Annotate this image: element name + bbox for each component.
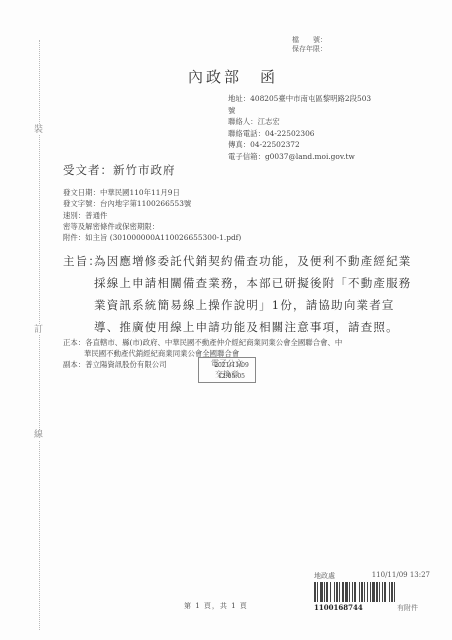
document-title: 內政部 函 bbox=[188, 66, 278, 87]
contact-person: 聯絡人：江志宏 bbox=[228, 116, 371, 128]
retention-label: 保存年限： bbox=[292, 45, 327, 54]
barcode-block: 地政處 110/11/09 13:27 1100168744 有附件 bbox=[314, 571, 430, 613]
recipient-value: 新竹市政府 bbox=[113, 163, 176, 177]
barcode-attachment-note: 有附件 bbox=[397, 603, 418, 613]
page-number: 第 1 頁，共 1 頁 bbox=[184, 601, 248, 611]
binding-char-zhuang: 裝 bbox=[34, 125, 43, 135]
contact-phone: 聯絡電話：04-22502306 bbox=[228, 128, 371, 140]
subject-line: 採線上申請相關備查業務，本部已研擬後附「不動產服務 bbox=[94, 272, 424, 294]
copy-recipients-value: 普立陽資訊股份有限公司 bbox=[85, 360, 166, 369]
barcode-datetime: 110/11/09 13:27 bbox=[372, 571, 430, 581]
subject-body: 為因應增修委託代銷契約備查功能，及便利不動產經紀業 採線上申請相關備查業務，本部… bbox=[94, 250, 424, 338]
delivery-speed: 速別：普通件 bbox=[63, 210, 241, 221]
binding-char-ding: 訂 bbox=[34, 325, 43, 335]
attachment[interactable]: 附件：如主旨 (301000000A110026655300-1.pdf) bbox=[63, 232, 241, 243]
contact-fax: 傳真：04-22502372 bbox=[228, 139, 371, 151]
address-line-2: 號 bbox=[228, 105, 371, 117]
subject-line: 導、推廣使用線上申請功能及相關注意事項，請查照。 bbox=[94, 316, 424, 338]
archive-info: 檔 號： 保存年限： bbox=[292, 36, 327, 54]
copy-recipients-label: 副本： bbox=[63, 360, 85, 369]
barcode-office: 地政處 bbox=[314, 571, 335, 581]
recipient-label: 受文者： bbox=[63, 163, 113, 177]
subject-line: 為因應增修委託代銷契約備查功能，及便利不動產經紀業 bbox=[94, 250, 424, 272]
document-meta: 發文日期：中華民國110年11月9日 發文字號：台內地字第1100266553號… bbox=[63, 187, 241, 243]
document-number: 發文字號：台內地字第1100266553號 bbox=[63, 198, 241, 209]
electronic-exchange-stamp: 電子公文 交換章 2021/11/09 12:05:05 bbox=[198, 357, 256, 383]
recipient: 受文者：新竹市政府 bbox=[63, 162, 176, 178]
contact-block: 地址：408205臺中市南屯區黎明路2段503 號 聯絡人：江志宏 聯絡電話：0… bbox=[228, 93, 371, 163]
barcode-number: 1100168744 bbox=[314, 603, 363, 613]
classification: 密等及解密條件或保密期限： bbox=[63, 221, 241, 232]
stamp-datetime: 2021/11/09 12:05:05 bbox=[208, 360, 255, 382]
subject-line: 業資訊系統簡易線上操作說明」1份，請協助向業者宣 bbox=[94, 294, 424, 316]
binding-char-xian: 線 bbox=[34, 430, 43, 440]
file-number-label: 檔 號： bbox=[292, 36, 327, 45]
main-recipients-label: 正本： bbox=[63, 338, 85, 347]
contact-email[interactable]: 電子信箱：g0037@land.moi.gov.tw bbox=[228, 151, 371, 163]
issue-date: 發文日期：中華民國110年11月9日 bbox=[63, 187, 241, 198]
address-line-1: 地址：408205臺中市南屯區黎明路2段503 bbox=[228, 93, 371, 105]
barcode-icon bbox=[314, 582, 430, 602]
main-recipients-line-1: 各直轄市、縣(市)政府、中華民國不動產仲介經紀商業同業公會全國聯合會、中 bbox=[85, 338, 342, 347]
